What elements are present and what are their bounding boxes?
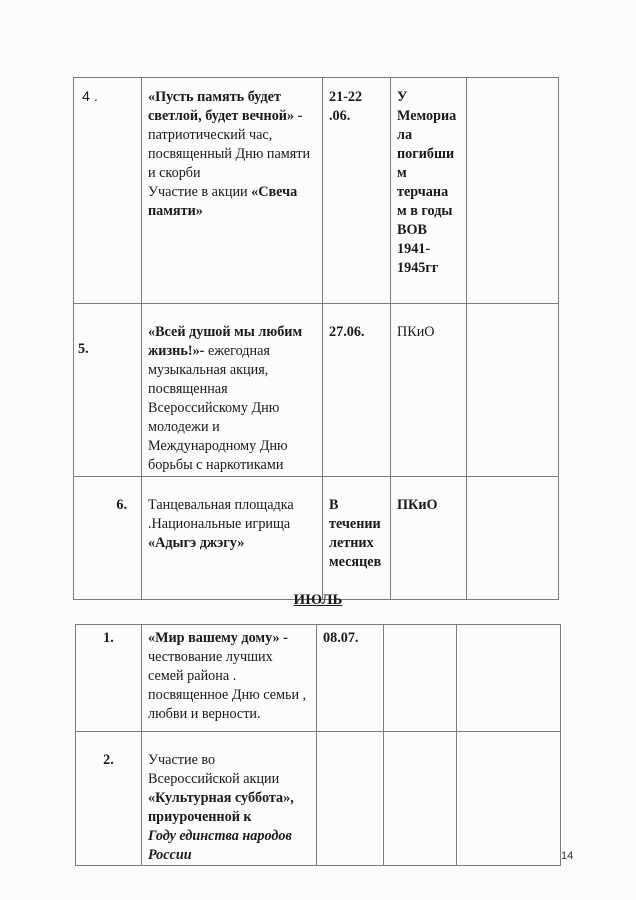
event-title-line: «Культурная суббота», [148, 789, 310, 808]
event-extra-prefix: Участие в акции [148, 184, 251, 200]
responsible-cell [457, 625, 561, 732]
events-table-june: 4 . «Пусть память будет светлой, будет в… [73, 77, 559, 600]
place-cell [384, 625, 457, 732]
date-line: летних [329, 534, 384, 553]
place-line: У [397, 88, 460, 107]
row-number-cell: 4 . [74, 78, 142, 304]
responsible [467, 78, 558, 88]
responsible [457, 732, 560, 742]
event-cell: Участие во Всероссийской акции «Культурн… [142, 732, 317, 866]
date-cell: В течении летних месяцев [323, 477, 391, 600]
place-line: Мемориа [397, 107, 460, 126]
place-cell: ПКиО [391, 304, 467, 477]
event-cell: Танцевальная площадка .Национальные игри… [142, 477, 323, 600]
responsible [457, 625, 560, 635]
place-cell: ПКиО [391, 477, 467, 600]
place-line: м [397, 164, 460, 183]
event-description: Танцевальная площадка .Национальные игри… [148, 497, 294, 532]
place-line: м в годы [397, 202, 460, 221]
event-description: патриотический час, посвященный Дню памя… [148, 127, 310, 181]
place [384, 732, 456, 742]
section-month-heading: ИЮЛЬ [0, 592, 636, 609]
place: ПКиО [391, 477, 466, 515]
place-line: 1941- [397, 240, 460, 259]
responsible [467, 304, 558, 314]
event-cell: «Мир вашему дому» - чествование лучших с… [142, 625, 317, 732]
row-number-cell: 5. [74, 304, 142, 477]
place-cell: У Мемориа ла погибши м терчана м в годы … [391, 78, 467, 304]
event-cell: «Пусть память будет светлой, будет вечно… [142, 78, 323, 304]
place-line: ла [397, 126, 460, 145]
date-cell: 27.06. [323, 304, 391, 477]
date: 27.06. [323, 304, 390, 342]
event-description-line: посвященное Дню семьи , [148, 686, 310, 705]
table-row: 4 . «Пусть память будет светлой, будет в… [74, 78, 559, 304]
event-title: «Пусть память будет светлой, будет вечно… [148, 89, 302, 124]
place: ПКиО [391, 304, 466, 342]
place-cell [384, 732, 457, 866]
row-number: 5. [74, 304, 141, 359]
date-line: течении [329, 515, 384, 534]
row-number: 2. [76, 732, 141, 770]
date-cell [317, 732, 384, 866]
event-title: «Мир вашему дому» - [148, 629, 310, 648]
event-description-line: семей района . [148, 667, 310, 686]
responsible-cell [467, 78, 559, 304]
place-line: 1945гг [397, 259, 460, 278]
date: 08.07. [317, 625, 383, 648]
date [317, 732, 383, 742]
event-theme-line: Году единства народов [148, 827, 310, 846]
table-row: 2. Участие во Всероссийской акции «Культ… [76, 732, 561, 866]
event-description: ежегодная музыкальная акция, посвященная… [148, 343, 288, 473]
table-row: 5. «Всей душой мы любим жизнь!»- ежегодн… [74, 304, 559, 477]
row-number: 6. [74, 477, 141, 515]
row-number: 1. [76, 625, 141, 648]
row-number-cell: 2. [76, 732, 142, 866]
date-line: месяцев [329, 553, 384, 572]
place [384, 625, 456, 635]
date-line: 21-22 [329, 88, 384, 107]
event-description-line: Всероссийской акции [148, 770, 310, 789]
date-cell: 08.07. [317, 625, 384, 732]
responsible-cell [457, 732, 561, 866]
responsible-cell [467, 477, 559, 600]
event-title-line: приуроченной к [148, 808, 310, 827]
date-cell: 21-22 .06. [323, 78, 391, 304]
responsible-cell [467, 304, 559, 477]
row-number-cell: 1. [76, 625, 142, 732]
events-table-july: 1. «Мир вашему дому» - чествование лучши… [75, 624, 561, 866]
date-line: .06. [329, 107, 384, 126]
event-title: «Адыгэ джэгу» [148, 535, 244, 551]
event-description-line: любви и верности. [148, 705, 310, 724]
place-line: погибши [397, 145, 460, 164]
event-description-line: Участие во [148, 751, 310, 770]
row-number-cell: 6. [74, 477, 142, 600]
place-line: ВОВ [397, 221, 460, 240]
event-description-line: чествование лучших [148, 648, 310, 667]
row-number: 4 . [74, 78, 141, 107]
page-number: 14 [561, 850, 573, 862]
date-line: В [329, 496, 384, 515]
table-row: 1. «Мир вашему дому» - чествование лучши… [76, 625, 561, 732]
event-cell: «Всей душой мы любим жизнь!»- ежегодная … [142, 304, 323, 477]
event-theme-line: России [148, 846, 310, 865]
responsible [467, 477, 558, 487]
table-row: 6. Танцевальная площадка .Национальные и… [74, 477, 559, 600]
place-line: терчана [397, 183, 460, 202]
